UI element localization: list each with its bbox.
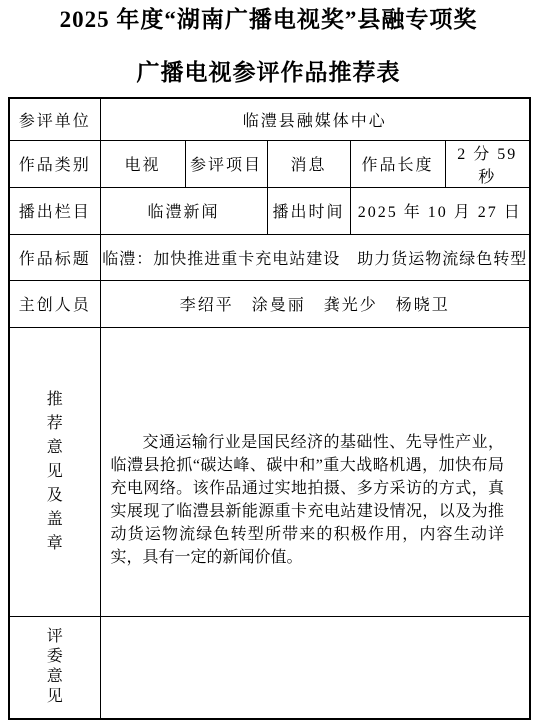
table-row: 推荐意见及盖章 交通运输行业是国民经济的基础性、先导性产业，临澧县抢抓“碳达峰、…: [9, 327, 530, 616]
main-creators-label: 主创人员: [9, 280, 100, 327]
recommendation-form-table: 参评单位 临澧县融媒体中心 作品类别 电视 参评项目 消息 作品长度 2 分 5…: [8, 97, 531, 720]
recommendation-text-cell: 交通运输行业是国民经济的基础性、先导性产业，临澧县抢抓“碳达峰、碳中和”重大战略…: [100, 327, 530, 616]
document-page: 2025 年度“湖南广播电视奖”县融专项奖 广播电视参评作品推荐表 参评单位 临…: [0, 0, 537, 728]
work-category-label: 作品类别: [9, 140, 100, 187]
entry-unit-label: 参评单位: [9, 98, 100, 140]
work-category-value: 电视: [100, 140, 185, 187]
work-title-value: 临澧：加快推进重卡充电站建设 助力货运物流绿色转型: [100, 234, 530, 280]
broadcast-program-value: 临澧新闻: [100, 187, 267, 234]
table-row: 评委意见: [9, 616, 530, 719]
table-row: 作品标题 临澧：加快推进重卡充电站建设 助力货运物流绿色转型: [9, 234, 530, 280]
work-title-label: 作品标题: [9, 234, 100, 280]
entry-unit-value: 临澧县融媒体中心: [100, 98, 530, 140]
recommendation-label-cell: 推荐意见及盖章: [9, 327, 100, 616]
document-title-line1: 2025 年度“湖南广播电视奖”县融专项奖: [0, 0, 537, 35]
document-title-line2: 广播电视参评作品推荐表: [0, 58, 537, 88]
entry-item-value: 消息: [267, 140, 350, 187]
judge-opinion-label: 评委意见: [46, 627, 63, 707]
judge-opinion-cell: [100, 616, 530, 719]
entry-item-label: 参评项目: [185, 140, 267, 187]
broadcast-program-label: 播出栏目: [9, 187, 100, 234]
main-creators-value: 李绍平 涂曼丽 龚光少 杨晓卫: [100, 280, 530, 327]
table-row: 参评单位 临澧县融媒体中心: [9, 98, 530, 140]
recommendation-label: 推荐意见及盖章: [46, 388, 63, 556]
judge-opinion-label-cell: 评委意见: [9, 616, 100, 719]
work-length-value: 2 分 59 秒: [445, 140, 530, 187]
recommendation-text: 交通运输行业是国民经济的基础性、先导性产业，临澧县抢抓“碳达峰、碳中和”重大战略…: [101, 375, 530, 569]
table-row: 播出栏目 临澧新闻 播出时间 2025 年 10 月 27 日: [9, 187, 530, 234]
broadcast-time-value: 2025 年 10 月 27 日: [350, 187, 530, 234]
work-length-label: 作品长度: [350, 140, 445, 187]
table-row: 作品类别 电视 参评项目 消息 作品长度 2 分 59 秒: [9, 140, 530, 187]
table-row: 主创人员 李绍平 涂曼丽 龚光少 杨晓卫: [9, 280, 530, 327]
broadcast-time-label: 播出时间: [267, 187, 350, 234]
